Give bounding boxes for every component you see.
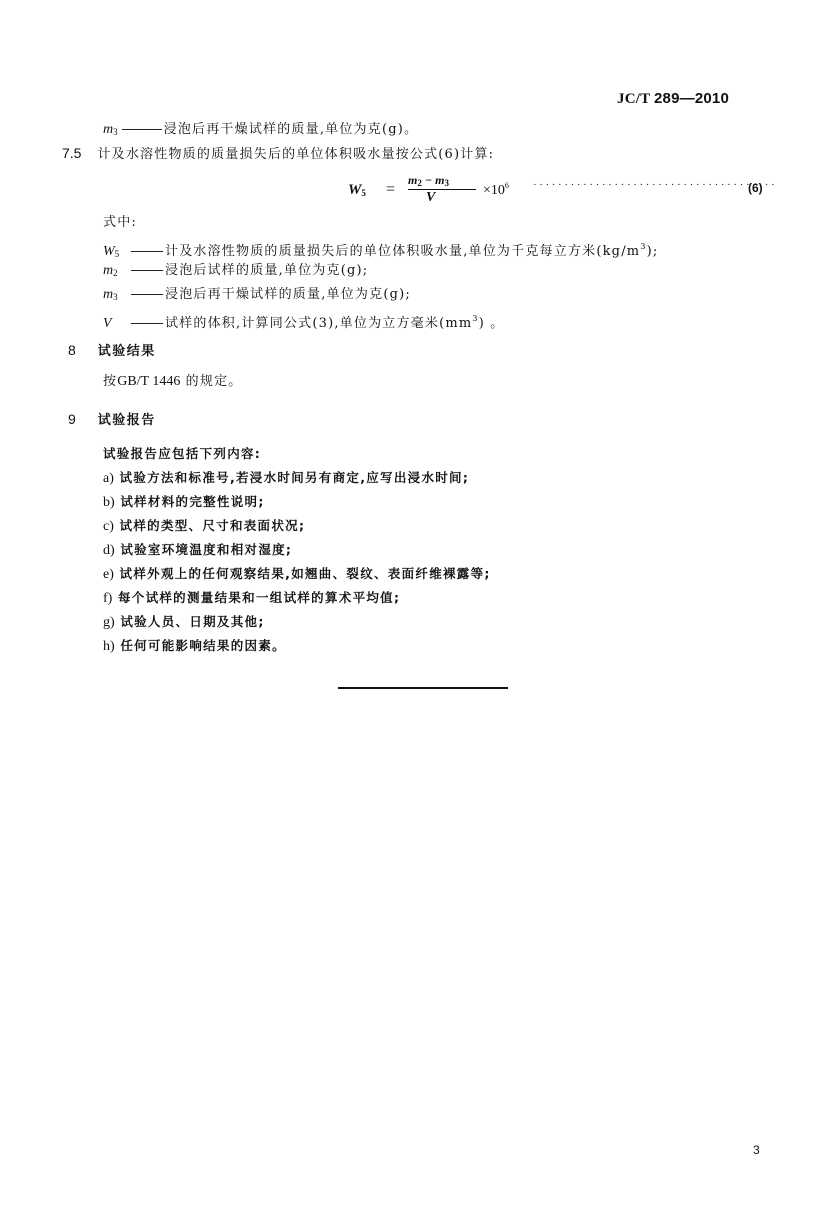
- section-9-intro: 试验报告应包括下列内容:: [103, 445, 261, 462]
- formula-equals: =: [386, 181, 395, 199]
- section-8-body: 按GB/T 1446 的规定。: [103, 373, 242, 390]
- report-item-h: h) 任何可能影响结果的因素。: [103, 637, 286, 655]
- page-number: 3: [753, 1143, 760, 1157]
- section-8-heading: 8试验结果: [68, 342, 156, 360]
- clause-7-5: 7.5计及水溶性物质的质量损失后的单位体积吸水量按公式(6)计算:: [62, 145, 494, 163]
- formula-numerator: m2 − m3: [408, 173, 449, 188]
- definition-text: 浸泡后再干燥试样的质量,单位为克(g);: [165, 287, 411, 302]
- report-item-d: d) 试验室环境温度和相对湿度;: [103, 541, 292, 559]
- report-item-g: g) 试验人员、日期及其他;: [103, 613, 265, 631]
- em-dash: [131, 294, 163, 295]
- definition-m3-top: m3浸泡后再干燥试样的质量,单位为克(g)。: [103, 121, 418, 141]
- standard-reference: GB/T 1446: [117, 374, 180, 389]
- report-item-c: c) 试样的类型、尺寸和表面状况;: [103, 517, 305, 535]
- definition-m2: m2浸泡后试样的质量,单位为克(g);: [103, 262, 368, 282]
- report-item-a: a) 试验方法和标准号,若浸水时间另有商定,应写出浸水时间;: [103, 469, 469, 487]
- standard-prefix: JC/T: [617, 91, 650, 107]
- fraction-bar: [408, 189, 476, 190]
- em-dash: [131, 251, 163, 252]
- symbol: V: [103, 315, 127, 332]
- leader-dots: ·······································: [533, 179, 777, 191]
- definition-v: V试样的体积,计算同公式(3),单位为立方毫米(mm3) 。: [103, 310, 505, 332]
- section-title: 试验结果: [98, 344, 156, 359]
- definition-text: 浸泡后再干燥试样的质量,单位为克(g)。: [164, 122, 419, 137]
- definition-text: 浸泡后试样的质量,单位为克(g);: [165, 263, 368, 278]
- symbol: m3: [103, 122, 118, 137]
- equation-number: (6): [748, 181, 763, 195]
- clause-text: 计及水溶性物质的质量损失后的单位体积吸水量按公式(6)计算:: [97, 147, 494, 162]
- formula-denominator: V: [426, 190, 435, 206]
- end-of-document-rule: [338, 687, 508, 689]
- formula-lhs: W5: [348, 182, 366, 199]
- symbol: m3: [103, 286, 127, 306]
- standard-number: 289—2010: [654, 90, 729, 107]
- standard-code-header: JC/T 289—2010: [617, 90, 729, 108]
- formula-multiplier: ×106: [483, 181, 509, 199]
- section-title: 试验报告: [98, 413, 156, 428]
- section-number: 8: [68, 342, 76, 358]
- symbol: W5: [103, 243, 127, 263]
- report-item-b: b) 试样材料的完整性说明;: [103, 493, 265, 511]
- em-dash: [122, 129, 162, 130]
- report-item-e: e) 试样外观上的任何观察结果,如翘曲、裂纹、表面纤维裸露等;: [103, 565, 491, 583]
- section-number: 9: [68, 411, 76, 427]
- definition-w5: W5计及水溶性物质的质量损失后的单位体积吸水量,单位为千克每立方米(kg/m3)…: [103, 238, 658, 263]
- report-item-f: f) 每个试样的测量结果和一组试样的算术平均值;: [103, 589, 400, 607]
- where-label: 式中:: [103, 214, 137, 231]
- definition-m3: m3浸泡后再干燥试样的质量,单位为克(g);: [103, 286, 411, 306]
- section-9-heading: 9试验报告: [68, 411, 156, 429]
- definition-text: 试样的体积,计算同公式(3),单位为立方毫米(mm: [165, 316, 472, 331]
- definition-text: 计及水溶性物质的质量损失后的单位体积吸水量,单位为千克每立方米(kg/m: [165, 244, 640, 259]
- symbol: m2: [103, 262, 127, 282]
- em-dash: [131, 270, 163, 271]
- clause-number: 7.5: [62, 145, 81, 161]
- em-dash: [131, 323, 163, 324]
